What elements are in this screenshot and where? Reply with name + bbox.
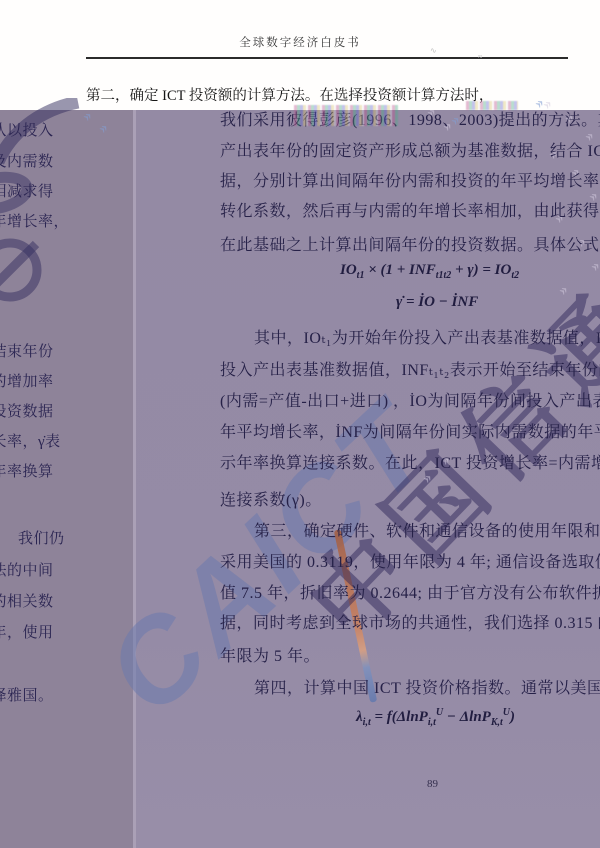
clipped-text-fragment: 年率换算 [0,460,54,481]
header-rule [86,57,568,59]
page-number: 89 [427,778,438,790]
clipped-half-glyph: 择 [0,684,7,705]
clipped-text-fragment: 结束年份 [0,340,54,361]
body-text-line: 其中，IOₜ₁为开始年份投入产出表基准数据值，IOₜ₂为结束 [254,325,600,348]
running-header-title: 全球数字经济白皮书 [0,34,600,50]
clipped-half-glyph: 法 [0,559,7,580]
clipped-text-fragment: 及内需数 [0,150,54,171]
scan-smudge: ∿ [430,46,437,55]
body-text-line: 在此基础之上计算出间隔年份的投资数据。具体公式如下: [220,232,600,255]
clipped-text-fragment: 投资数据 [0,400,54,421]
body-text-line: 值 7.5 年，折旧率为 0.2644; 由于官方没有公布软件折旧率的数 [220,580,600,603]
clipped-half-glyph: 的 [0,590,7,611]
body-text-line: (内需=产值-出口+进口) ，İO为间隔年份间投入产出表实际投入 [220,388,600,411]
clipped-half-glyph: 结 [0,340,7,361]
scan-noise-strip [294,105,398,126]
intro-paragraph: 第二，确定 ICT 投资额的计算方法。在选择投资额计算方法时， [86,84,600,105]
clipped-half-glyph: 的 [0,370,7,391]
watermark-divider-strip [133,110,136,848]
body-text-line: 第三，确定硬件、软件和通信设备的使用年限和折旧率。硬件 [254,518,600,541]
scan-noise-strip [466,101,518,110]
body-text-line: 第四，计算中国 ICT 投资价格指数。通常以美国作为基准 [254,675,600,698]
formula-line: IOt1 × (1 + INFt1t2 + γ) = IOt2 [340,262,519,281]
clipped-half-glyph: 长 [0,430,7,451]
clipped-text-fragment: 认以投入 [0,119,54,140]
clipped-text-fragment: 的相关数 [0,590,54,611]
clipped-text-fragment: 的增加率 [0,370,54,391]
clipped-half-glyph: 相 [0,180,7,201]
body-text-line: 示年率换算连接系数。在此，ICT 投资增长率=内需增长率+年率 [220,450,600,473]
clipped-half-glyph: 及 [0,150,7,171]
body-text-line: 产出表年份的固定资产形成总额为基准数据，结合 ICT 产值数 [220,138,600,161]
document-page: 全球数字经济白皮书 ∿ ≈ 第二，确定 ICT 投资额的计算方法。在选择投资额计… [0,0,600,848]
clipped-text-fragment: 择雅国。 [0,684,54,705]
formula-line: λi,t = f(ΔlnPi,tU − ΔlnPK,tU) [356,707,515,728]
clipped-half-glyph: 年 [0,460,7,481]
clipped-half-glyph: 年 [0,210,7,231]
body-text-line: 采用美国的 0.3119，使用年限为 4 年; 通信设备选取使用年限中 [220,549,600,572]
formula-line: γ̇ = İO − İNF [396,294,478,311]
clipped-text-fragment: 法的中间 [0,559,54,580]
body-text-line: 年平均增长率，İNF为间隔年份间实际内需数据的年平均增长率 [220,419,600,442]
body-text-line: 连接系数(γ)。 [220,487,322,510]
body-text-line: 投入产出表基准数据值，INFₜ₁ₜ₂表示开始至结束年份的内需 [220,357,600,380]
clipped-text-fragment: 年，使用 [0,621,54,642]
scan-smudge: ≈ [478,52,482,61]
body-text-line: 我们采用彼得彭彦(1996、1998、2003)提出的方法。其思路是 [220,107,600,130]
clipped-half-glyph: 年 [0,621,7,642]
clipped-text-fragment: 长率，γ̇表 [0,430,61,451]
clipped-half-glyph: 认 [0,119,7,140]
clipped-text-fragment: 我们仍 [18,527,65,548]
body-text-line: 转化系数，然后再与内需的年增长率相加，由此获得投资额的增长 [220,198,600,221]
clipped-text-fragment: 相减求得 [0,180,54,201]
body-text-line: 年限为 5 年。 [220,643,320,666]
body-text-line: 据，同时考虑到全球市场的共通性，我们选择 0.315 的折旧率， [220,610,600,633]
clipped-text-fragment: 年增长率， [0,210,69,231]
body-text-line: 据，分别计算出间隔年份内需和投资的年平均增长率，二者相除 [220,168,600,191]
clipped-half-glyph: 投 [0,400,7,421]
